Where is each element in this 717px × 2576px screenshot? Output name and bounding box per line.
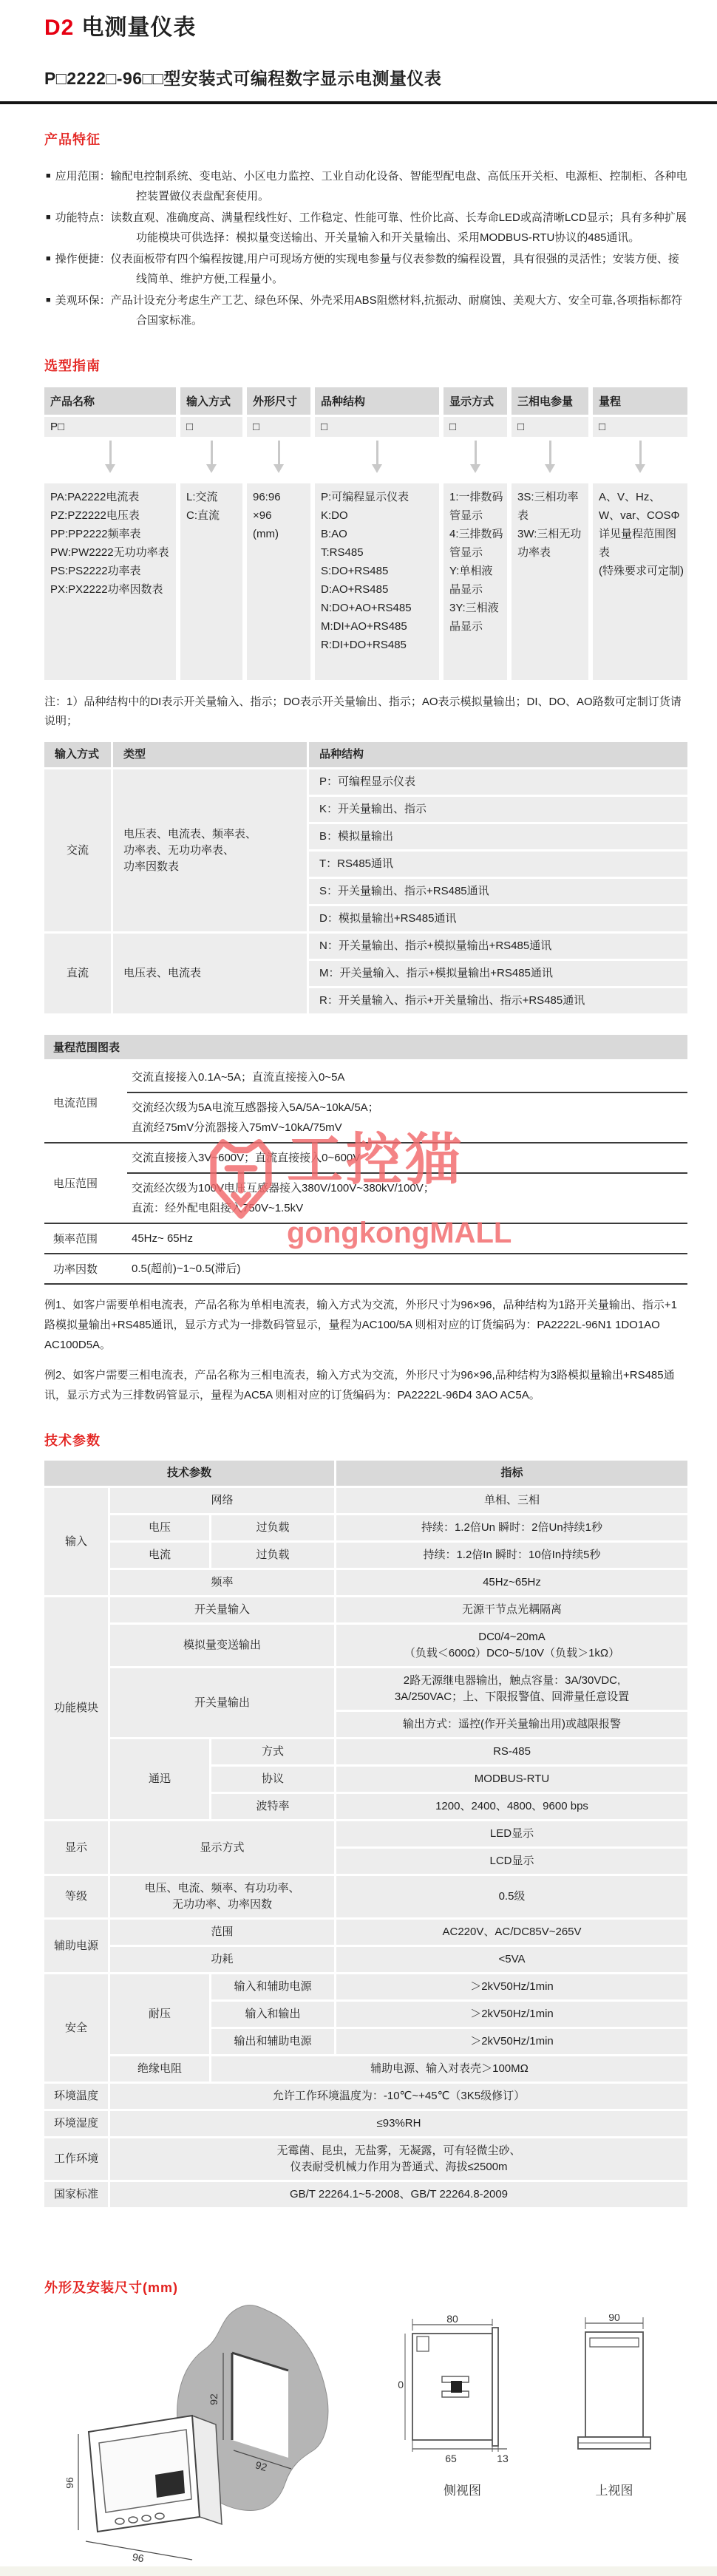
svg-text:96: 96 [67,2477,75,2489]
tech-cell: 1200、2400、4800、9600 bps [336,1794,687,1819]
selection-table: 产品名称 输入方式 外形尺寸 品种结构 显示方式 三相电参量 量程 P□ □ □… [40,385,692,682]
tech-cell: 允许工作环境温度为：-10℃~+45℃（3K5级修订） [110,2084,687,2109]
option-line: 1:一排数码管显示 [449,488,503,525]
variety-structure: P：可编程显示仪表 [309,769,687,795]
variety-header: 类型 [113,742,307,767]
option-line: P:可编程显示仪表 [321,488,435,506]
tech-cell: RS-485 [336,1739,687,1764]
range-table: 量程范围图表 电流范围 交流直接接入0.1A~5A；直流直接接入0~5A 交流经… [44,1035,687,1285]
range-value: 交流直接接入3V~600V；直流直接接入0~600V [127,1143,687,1172]
feature-item: ■操作便捷：仪表面板带有四个编程按键,用户可现场方便的实现电参量与仪表参数的编程… [46,249,687,289]
page-title-code: D2 [44,16,74,40]
variety-header: 品种结构 [309,742,687,767]
tech-cell: 输入和辅助电源 [211,1974,334,1999]
square-bullet-icon: ■ [46,254,51,263]
side-view: 80 90 65 13 侧视图 [398,2314,527,2498]
selection-header: 输入方式 [180,387,242,415]
selection-header: 品种结构 [315,387,439,415]
option-line: PZ:PZ2222电压表 [50,506,172,525]
tech-cell: 开关量输出 [110,1668,334,1737]
side-view-caption: 侧视图 [398,2480,527,2498]
tech-cell: 工作环境 [44,2138,108,2180]
option-line: 96:96 [253,488,307,506]
tech-cell: ＞2kV50Hz/1min [336,2002,687,2027]
dimension-drawings: 92 92 96 96 80 [44,2301,687,2576]
selection-options: 3S:三相功率表 3W:三相无功功率表 [512,483,588,680]
variety-structure: K：开关量输出、指示 [309,797,687,822]
tech-cell: 方式 [211,1739,334,1764]
selection-code: □ [315,417,439,437]
tech-cell: LED显示 [336,1821,687,1846]
selection-options: PA:PA2222电流表 PZ:PZ2222电压表 PP:PP2222频率表 P… [44,483,176,680]
tech-cell: 波特率 [211,1794,334,1819]
svg-text:65: 65 [445,2453,457,2464]
tech-cell: 无源干节点光耦隔离 [336,1597,687,1622]
top-view-caption: 上视图 [566,2480,662,2498]
selection-code: □ [180,417,242,437]
tech-cell: 电压 [110,1515,209,1540]
selection-header: 产品名称 [44,387,176,415]
selection-header: 三相电参量 [512,387,588,415]
variety-structure: D：模拟量输出+RS485通讯 [309,906,687,931]
selection-code: P□ [44,417,176,437]
feature-text: 美观环保：产品计设充分考虑生产工艺、绿色环保、外壳采用ABS阻燃材料,抗振动、耐… [55,294,682,327]
feature-item: ■功能特点：读数直观、准确度高、满量程线性好、工作稳定、性能可靠、性价比高、长寿… [46,208,687,248]
meter-isometric-drawing: 96 96 [67,2405,237,2567]
variety-structure: T：RS485通讯 [309,852,687,877]
selection-note: 注：1）品种结构中的DI表示开关量输入、指示；DO表示开关量输出、指示；AO表示… [44,693,687,731]
range-value: 交流经次级为5A电流互感器接入5A/5A~10kA/5A； 直流经75mV分流器… [127,1092,687,1142]
option-line: 3W:三相无功功率表 [517,525,585,562]
option-line: M:DI+AO+RS485 [321,617,435,636]
option-line: S:DO+RS485 [321,562,435,580]
section-heading-tech: 技术参数 [44,1430,687,1450]
tech-cell: 单相、三相 [336,1488,687,1513]
variety-type: 电压表、电流表、频率表、 功率表、无功功率表、 功率因数表 [113,769,307,931]
square-bullet-icon: ■ [46,296,51,305]
feature-text: 应用范围：输配电控制系统、变电站、小区电力监控、工业自动化设备、智能型配电盘、高… [55,170,687,203]
tech-cell: 显示 [44,1821,108,1874]
down-arrow-icon [278,441,280,464]
tech-cell: 范围 [110,1920,334,1945]
tech-cell: 45Hz~65Hz [336,1570,687,1595]
selection-header: 外形尺寸 [247,387,310,415]
tech-cell: 2路无源继电器输出，触点容量：3A/30VDC, 3A/250VAC；上、下限报… [336,1668,687,1710]
tech-cell: 输出和辅助电源 [211,2029,334,2054]
footer-band [0,2566,717,2576]
variety-table: 输入方式 类型 品种结构 交流 电压表、电流表、频率表、 功率表、无功功率表、 … [42,740,690,1016]
example-paragraph: 例1、如客户需要单相电流表，产品名称为单相电流表，输入方式为交流，外形尺寸为96… [44,1295,687,1355]
range-label: 电流范围 [44,1063,127,1142]
range-value: 交流直接接入0.1A~5A；直流直接接入0~5A [127,1063,687,1092]
tech-cell: 绝缘电阻 [110,2056,209,2081]
option-line: K:DO [321,506,435,525]
svg-text:92: 92 [208,2393,220,2405]
option-line: B:AO [321,525,435,543]
range-label: 电压范围 [44,1143,127,1223]
option-line: PW:PW2222无功功率表 [50,543,172,562]
selection-code: □ [593,417,687,437]
tech-cell: 技术参数 [44,1461,334,1486]
option-line: 3Y:三相液晶显示 [449,599,503,636]
range-row: 电压范围 交流直接接入3V~600V；直流直接接入0~600V 交流经次级为10… [44,1143,687,1224]
range-section: 量程范围图表 电流范围 交流直接接入0.1A~5A；直流直接接入0~5A 交流经… [44,1035,687,1405]
option-line: PX:PX2222功率因数表 [50,580,172,599]
tech-cell: 持续：1.2倍Un 瞬时：2倍Un持续1秒 [336,1515,687,1540]
tech-cell: LCD显示 [336,1849,687,1874]
option-line: ×96 [253,506,307,525]
option-line: PS:PS2222功率表 [50,562,172,580]
feature-text: 操作便捷：仪表面板带有四个编程按键,用户可现场方便的实现电参量与仪表参数的编程设… [55,253,679,285]
option-line: 3S:三相功率表 [517,488,585,525]
selection-header: 显示方式 [444,387,507,415]
header-divider [0,101,717,104]
section-heading-selection: 选型指南 [44,356,687,375]
tech-cell: 开关量输入 [110,1597,334,1622]
tech-cell: 频率 [110,1570,334,1595]
option-line: N:DO+AO+RS485 [321,599,435,617]
range-row: 频率范围 45Hz~ 65Hz [44,1224,687,1254]
tech-cell: 0.5级 [336,1876,687,1917]
down-arrow-icon [109,441,112,464]
svg-text:90: 90 [608,2314,620,2323]
top-view-drawing: 90 [566,2314,662,2470]
option-line: 详见量程范围图表 [599,525,684,562]
feature-text: 功能特点：读数直观、准确度高、满量程线性好、工作稳定、性能可靠、性价比高、长寿命… [55,211,687,244]
tech-cell: 功能模块 [44,1597,108,1819]
option-line: R:DI+DO+RS485 [321,636,435,654]
variety-input: 直流 [44,934,111,1013]
tech-cell: 耐压 [110,1974,209,2054]
tech-cell: 功耗 [110,1947,334,1972]
tech-cell: 环境温度 [44,2084,108,2109]
down-arrow-icon [211,441,213,464]
option-line: D:AO+RS485 [321,580,435,599]
svg-text:80: 80 [446,2314,458,2325]
option-line: (特殊要求可定制) [599,562,684,580]
option-line: (mm) [253,525,307,543]
option-line: PP:PP2222频率表 [50,525,172,543]
tech-cell: GB/T 22264.1~5-2008、GB/T 22264.8-2009 [110,2182,687,2207]
range-row: 电流范围 交流直接接入0.1A~5A；直流直接接入0~5A 交流经次级为5A电流… [44,1063,687,1143]
svg-text:13: 13 [497,2453,509,2464]
tech-cell: 过负载 [211,1515,334,1540]
variety-structure: M：开关量输入、指示+模拟量输出+RS485通讯 [309,961,687,986]
range-row: 功率因数 0.5(超前)~1~0.5(滞后) [44,1254,687,1285]
tech-cell: ＞2kV50Hz/1min [336,2029,687,2054]
option-line: A、V、Hz、 W、var、COSΦ [599,488,684,525]
features-list: ■应用范围：输配电控制系统、变电站、小区电力监控、工业自动化设备、智能型配电盘、… [44,166,687,330]
selection-options: 1:一排数码管显示 4:三排数码管显示 Y:单相液晶显示 3Y:三相液晶显示 [444,483,507,680]
down-arrow-icon [376,441,378,464]
selection-options: A、V、Hz、 W、var、COSΦ 详见量程范围图表 (特殊要求可定制) [593,483,687,680]
down-arrow-icon [549,441,551,464]
option-line: 4:三排数码管显示 [449,525,503,562]
square-bullet-icon: ■ [46,171,51,180]
selection-code: □ [444,417,507,437]
tech-cell: 输入 [44,1488,108,1595]
tech-cell: AC220V、AC/DC85V~265V [336,1920,687,1945]
variety-input: 交流 [44,769,111,931]
tech-cell: 电流 [110,1543,209,1568]
tech-cell: ≤93%RH [110,2111,687,2136]
variety-structure: B：模拟量输出 [309,824,687,849]
selection-code: □ [512,417,588,437]
page-title: D2电测量仪表 [44,9,687,41]
tech-cell: 输出方式：遥控(作开关量输出用)或越限报警 [336,1712,687,1737]
side-view-drawing: 80 90 65 13 [398,2314,527,2470]
section-heading-features: 产品特征 [44,129,687,149]
variety-structure: R：开关量输入、指示+开关量输出、指示+RS485通讯 [309,988,687,1013]
tech-cell: MODBUS-RTU [336,1767,687,1792]
option-line: PA:PA2222电流表 [50,488,172,506]
feature-item: ■美观环保：产品计设充分考虑生产工艺、绿色环保、外壳采用ABS阻燃材料,抗振动、… [46,290,687,330]
svg-text:96: 96 [132,2551,145,2564]
tech-cell: 无霉菌、昆虫，无盐雾，无凝露，可有轻微尘砂、 仪表耐受机械力作用为普通式、海拔≤… [110,2138,687,2180]
selection-code: □ [247,417,310,437]
variety-structure: N：开关量输出、指示+模拟量输出+RS485通讯 [309,934,687,959]
tech-cell: 等级 [44,1876,108,1917]
tech-table: 技术参数指标 输入网络单相、三相 电压过负载持续：1.2倍Un 瞬时：2倍Un持… [42,1458,690,2209]
section-heading-dimensions: 外形及安装尺寸(mm) [44,2277,687,2297]
tech-cell: 辅助电源、输入对表壳＞100MΩ [211,2056,687,2081]
page-subtitle: P□2222□-96□□型安装式可编程数字显示电测量仪表 [44,65,687,89]
variety-header: 输入方式 [44,742,111,767]
top-view: 90 上视图 [566,2314,662,2498]
tech-cell: 持续：1.2倍In 瞬时：10倍In持续5秒 [336,1543,687,1568]
tech-cell: 输入和输出 [211,2002,334,2027]
option-line: L:交流 [186,488,239,506]
range-label: 频率范围 [44,1224,127,1253]
range-title: 量程范围图表 [44,1035,687,1059]
tech-cell: 过负载 [211,1543,334,1568]
tech-cell: 模拟量变送输出 [110,1625,334,1666]
tech-cell: 协议 [211,1767,334,1792]
page-title-text: 电测量仪表 [81,16,196,40]
range-value: 交流经次级为100V电压互感器接入380V/100V~380kV/100V； 直… [127,1172,687,1223]
variety-structure: S：开关量输出、指示+RS485通讯 [309,879,687,904]
option-line: C:直流 [186,506,239,525]
tech-cell: 指标 [336,1461,687,1486]
tech-cell: <5VA [336,1947,687,1972]
selection-header: 量程 [593,387,687,415]
range-value: 0.5(超前)~1~0.5(滞后) [127,1254,687,1283]
svg-text:90: 90 [398,2379,404,2390]
selection-options: P:可编程显示仪表 K:DO B:AO T:RS485 S:DO+RS485 D… [315,483,439,680]
range-value: 45Hz~ 65Hz [127,1224,687,1253]
range-label: 功率因数 [44,1254,127,1283]
tech-cell: DC0/4~20mA （负载＜600Ω）DC0~5/10V（负载＞1kΩ） [336,1625,687,1666]
option-line: T:RS485 [321,543,435,562]
tech-cell: 辅助电源 [44,1920,108,1972]
tech-cell: ＞2kV50Hz/1min [336,1974,687,1999]
tech-cell: 环境湿度 [44,2111,108,2136]
variety-type: 电压表、电流表 [113,934,307,1013]
tech-cell: 显示方式 [110,1821,334,1874]
feature-item: ■应用范围：输配电控制系统、变电站、小区电力监控、工业自动化设备、智能型配电盘、… [46,166,687,206]
tech-cell: 网络 [110,1488,334,1513]
selection-options: 96:96 ×96 (mm) [247,483,310,680]
selection-options: L:交流 C:直流 [180,483,242,680]
example-paragraph: 例2、如客户需要三相电流表，产品名称为三相电流表，输入方式为交流，外形尺寸为96… [44,1365,687,1405]
option-line: Y:单相液晶显示 [449,562,503,599]
tech-cell: 通迅 [110,1739,209,1819]
tech-cell: 安全 [44,1974,108,2081]
down-arrow-icon [639,441,642,464]
square-bullet-icon: ■ [46,213,51,222]
tech-cell: 国家标准 [44,2182,108,2207]
tech-cell: 电压、电流、频率、有功功率、 无功功率、功率因数 [110,1876,334,1917]
down-arrow-icon [475,441,477,464]
